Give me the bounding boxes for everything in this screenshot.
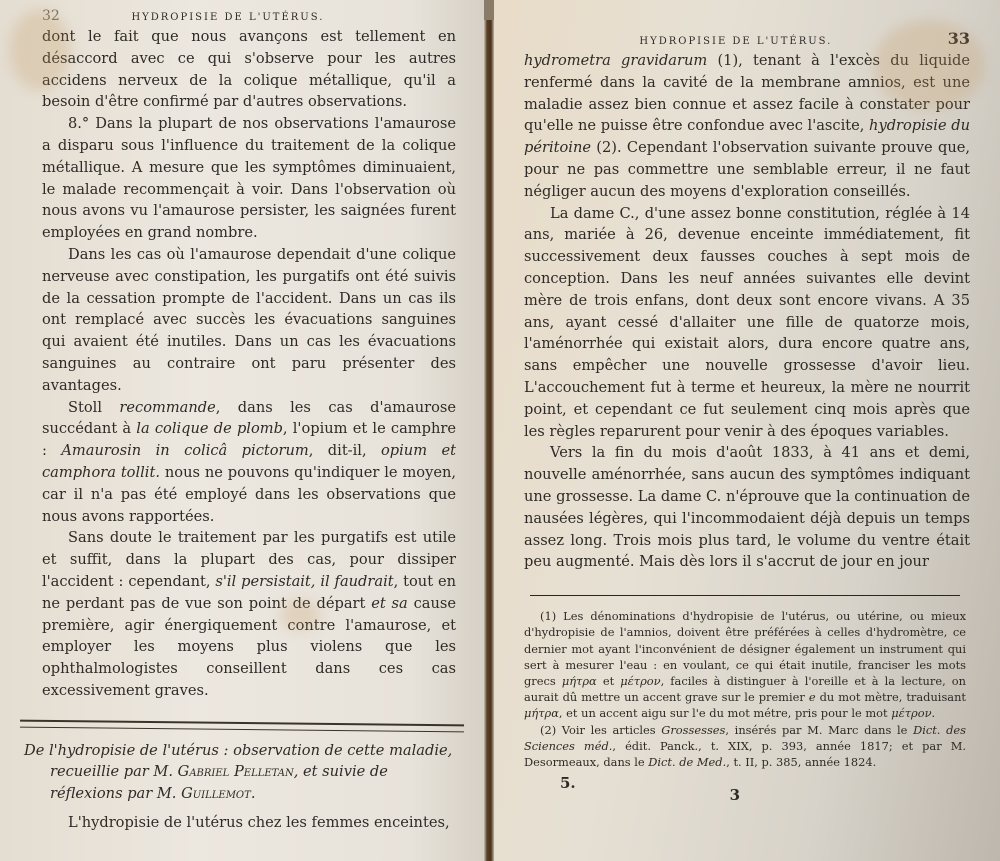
paper-stain [874, 20, 984, 110]
left-page: 32 Hydropisie de l'utérus. dont le fait … [0, 0, 484, 861]
signature-mark: 5. [560, 774, 576, 804]
paragraph: Vers la fin du mois d'août 1833, à 41 an… [524, 442, 970, 573]
footnotes: (1) Les dénominations d'hydropisie de l'… [524, 608, 970, 770]
signature-mark: 3 [730, 786, 740, 804]
running-head: 32 Hydropisie de l'utérus. [42, 8, 456, 24]
book-spread: 32 Hydropisie de l'utérus. dont le fait … [0, 0, 1000, 861]
right-page: Hydropisie de l'utérus. 33 hydrometra gr… [494, 0, 1000, 861]
paragraph: Dans les cas où l'amaurose dependait d'u… [42, 244, 456, 397]
left-body-text: dont le fait que nous avançons est telle… [42, 26, 456, 702]
paragraph: Sans doute le traitement par les purgati… [42, 527, 456, 701]
paper-stain [280, 600, 320, 630]
book-gutter [484, 20, 494, 861]
article-title-text: . [251, 785, 256, 802]
author-name: Gabriel Pelletan [178, 763, 294, 780]
right-body-text: hydrometra gravidarum (1), tenant à l'ex… [524, 50, 970, 573]
paragraph: Stoll recommande, dans les cas d'amauros… [42, 397, 456, 528]
article-title: De l'hydropisie de l'utérus : observatio… [24, 740, 456, 805]
author-name: Guillemot [181, 785, 251, 802]
article-first-line: L'hydropisie de l'utérus chez les femmes… [42, 812, 456, 834]
paragraph: dont le fait que nous avançons est telle… [42, 26, 456, 113]
footnote-divider [530, 595, 960, 596]
section-divider [20, 719, 464, 732]
signature-marks: 5. 3 [524, 774, 970, 804]
footnote: (2) Voir les articles Grossesses, inséré… [524, 722, 966, 771]
paragraph: La dame C., d'une assez bonne constituti… [524, 203, 970, 443]
paper-stain [10, 10, 70, 90]
footnote: (1) Les dénominations d'hydropisie de l'… [524, 608, 966, 721]
running-title: Hydropisie de l'utérus. [60, 12, 456, 23]
paragraph: 8.° Dans la plupart de nos observations … [42, 113, 456, 244]
paragraph: L'hydropisie de l'utérus chez les femmes… [42, 812, 456, 834]
